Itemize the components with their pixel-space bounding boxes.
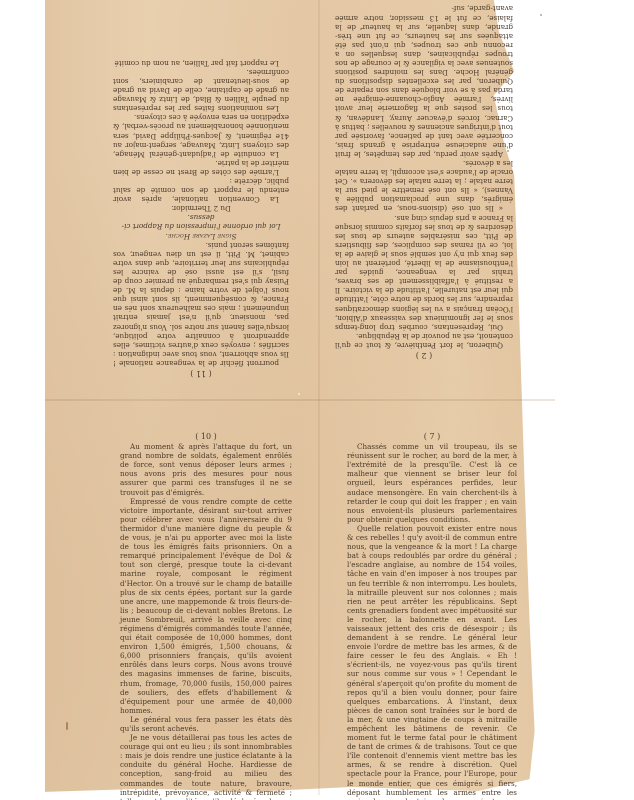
- paper-speck: [66, 722, 68, 730]
- page-number: ( 11 ): [113, 369, 289, 378]
- horizontal-fold-line: [45, 399, 555, 401]
- page-11-upside-down: ( 11 ) pourront fléchir de la vengeance …: [113, 58, 289, 378]
- vertical-fold-line: [318, 0, 320, 795]
- page-2-upside-down: ( 2 ) Quiberon, le fort Penthièvre, & to…: [335, 40, 513, 360]
- paragraph: Empressé de vous rendre compte de cette …: [120, 497, 292, 715]
- paragraph: Au moment & après l'attaque du fort, un …: [120, 442, 292, 497]
- paragraph: Le général vous fera passer les états dè…: [120, 715, 292, 733]
- paper-speck: [540, 14, 542, 16]
- page-number: ( 2 ): [335, 351, 513, 360]
- paragraph: pourront fléchir de la vengeance nationa…: [113, 241, 289, 368]
- paragraph: Quelle relation pouvoit exister entre no…: [347, 524, 517, 800]
- decree-title: Loi qui ordonne l'impression du Rapport …: [113, 213, 289, 231]
- paragraph: Je ne vous détaillerai pas tous les acte…: [120, 733, 292, 800]
- decree-date: Du 2 Thermidor.: [113, 204, 289, 213]
- paragraph: L'armée des côtes de Brest ne cesse de b…: [113, 159, 289, 177]
- paragraph: Les nominations faites par les représent…: [113, 68, 289, 113]
- paper-speck: [298, 393, 300, 395]
- paragraph: Quiberon, le fort Penthièvre, & tout ce …: [335, 332, 513, 350]
- paper-speck: [507, 150, 509, 152]
- page-7: ( 7 ) Chassés comme un vil troupeau, ils…: [347, 432, 517, 662]
- paragraph: La conduite de l'adjudant-général Ménage…: [113, 113, 289, 158]
- page-number: ( 10 ): [120, 432, 292, 441]
- paper-speck: [360, 28, 362, 30]
- page-number: ( 7 ): [347, 432, 517, 441]
- signature: Signé Lazare Hoche.: [113, 232, 289, 241]
- page-10: ( 10 ) Au moment & après l'attaque du fo…: [120, 432, 292, 662]
- paragraph: La Convention nationale, après avoir ent…: [113, 177, 289, 204]
- paragraph: Le rapport fait par Tallien, au nom du c…: [113, 59, 289, 68]
- paragraph: « Ils ont osé (disions-nous, en parlant …: [335, 159, 513, 214]
- paragraph: Oui, Représentans, courbés trop long-tem…: [335, 214, 513, 332]
- paragraph: Chassés comme un vil troupeau, ils se ré…: [347, 442, 517, 524]
